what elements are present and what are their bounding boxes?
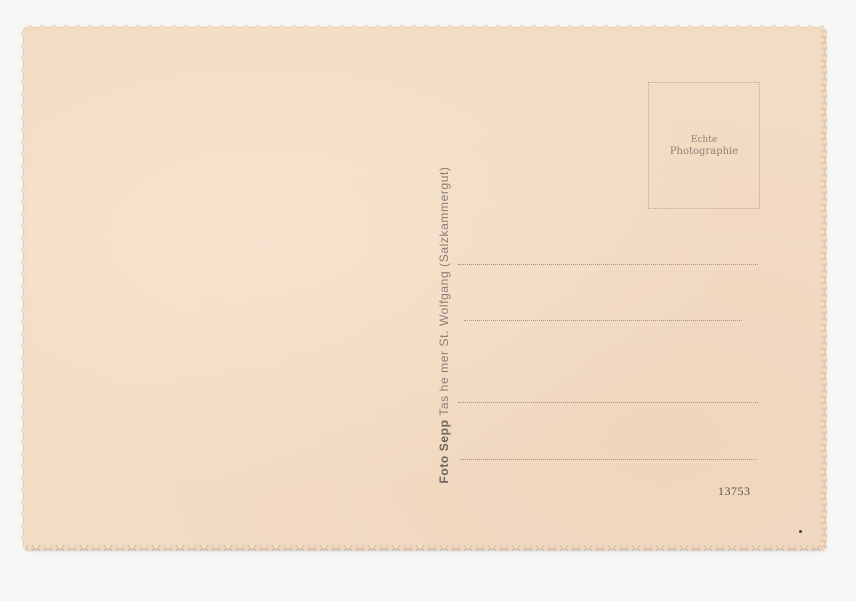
stamp-box-line-1: Echte — [691, 134, 717, 146]
catalog-number: 13753 — [718, 484, 751, 499]
ink-speck — [799, 530, 802, 533]
stamp-box: Echte Photographie — [648, 82, 760, 209]
address-line-4 — [460, 459, 756, 460]
address-line-1 — [458, 264, 758, 265]
postcard-back: Foto Sepp Tas he mer St. Wolfgang (Salzk… — [24, 28, 824, 548]
address-line-2 — [464, 320, 742, 321]
deckled-edge-left — [21, 28, 27, 548]
stamp-box-line-2: Photographie — [670, 146, 738, 158]
address-line-3 — [458, 402, 758, 403]
deckled-edge-bottom — [24, 545, 824, 551]
publisher-location: Tas he mer St. Wolfgang (Salzkammergut) — [437, 166, 451, 415]
publisher-name: Foto Sepp — [437, 419, 451, 483]
deckled-edge-right — [821, 28, 827, 548]
publisher-imprint: Foto Sepp Tas he mer St. Wolfgang (Salzk… — [437, 166, 451, 483]
deckled-edge-top — [24, 25, 824, 31]
